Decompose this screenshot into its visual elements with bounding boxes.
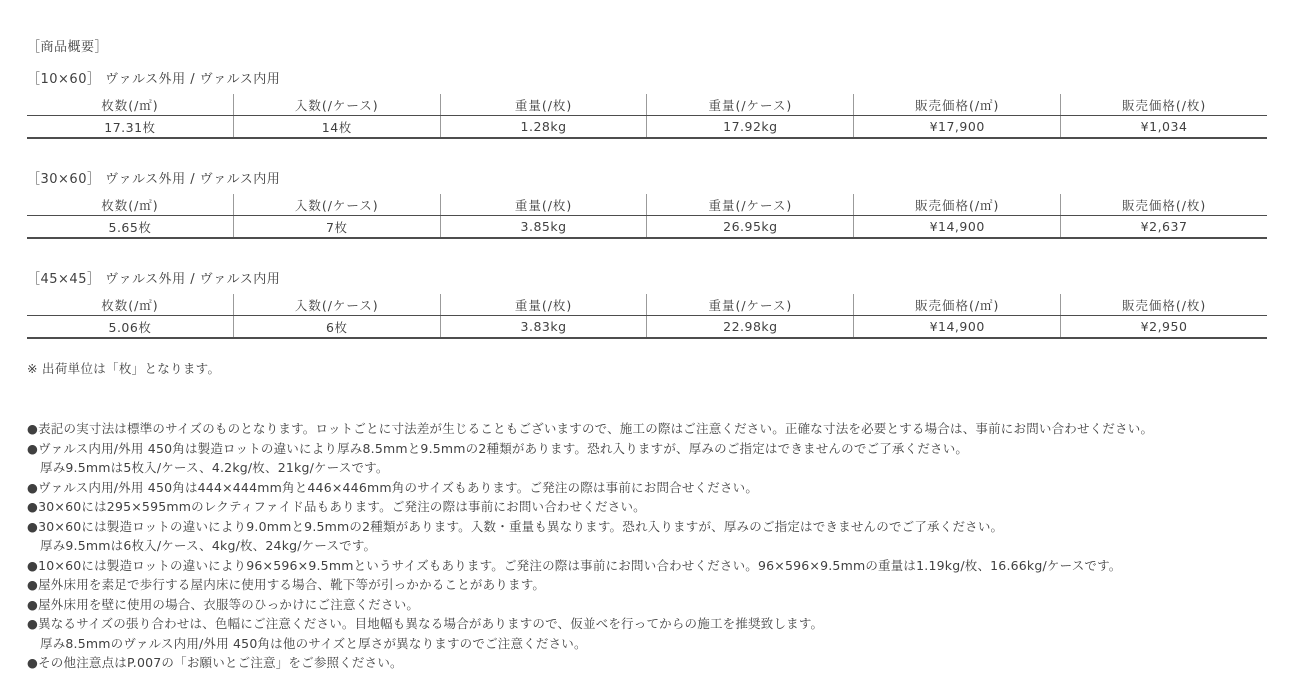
column-header-sheets-per-case: 入数(/ケース): [233, 194, 440, 216]
spec-table-10x60: 枚数(/㎡) 入数(/ケース) 重量(/枚) 重量(/ケース) 販売価格(/㎡)…: [27, 94, 1267, 139]
cell-price-per-sqm: ¥17,900: [854, 116, 1061, 139]
table-header-row: 枚数(/㎡) 入数(/ケース) 重量(/枚) 重量(/ケース) 販売価格(/㎡)…: [27, 294, 1267, 316]
note-line-30x60-rectified: ●30×60には295×595mmのレクティファイド品もあります。ご発注の際は事…: [27, 497, 1267, 517]
column-header-sheets-per-sqm: 枚数(/㎡): [27, 94, 233, 116]
column-header-price-per-sqm: 販売価格(/㎡): [854, 94, 1061, 116]
cell-price-per-sheet: ¥1,034: [1061, 116, 1267, 139]
product-section-45x45: ［45×45］ ヴァルス外用 / ヴァルス内用 枚数(/㎡) 入数(/ケース) …: [27, 268, 1267, 339]
note-line-450-sizes: ●ヴァルス内用/外用 450角は444×444mm角と446×446mm角のサイ…: [27, 478, 1267, 498]
note-line-mixed-sizes: ●異なるサイズの張り合わせは、色幅にご注意ください。目地幅も異なる場合があります…: [27, 614, 1267, 634]
note-line-other-cautions: ●その他注意点はP.007の「お願いとご注意」をご参照ください。: [27, 653, 1267, 673]
column-header-sheets-per-sqm: 枚数(/㎡): [27, 194, 233, 216]
table-row: 5.06枚 6枚 3.83kg 22.98kg ¥14,900 ¥2,950: [27, 316, 1267, 339]
note-line-10x60-size: ●10×60には製造ロットの違いにより96×596×9.5mmというサイズもあり…: [27, 556, 1267, 576]
note-line-outdoor-wall-clothing: ●屋外床用を壁に使用の場合、衣服等のひっかけにご注意ください。: [27, 595, 1267, 615]
cell-weight-per-sheet: 3.83kg: [440, 316, 647, 339]
column-header-price-per-sqm: 販売価格(/㎡): [854, 194, 1061, 216]
column-header-price-per-sheet: 販売価格(/枚): [1061, 194, 1267, 216]
note-line-30x60-thickness-detail: 厚み9.5mmは6枚入/ケース、4kg/枚、24kg/ケースです。: [27, 536, 1267, 556]
cell-sheets-per-sqm: 17.31枚: [27, 116, 233, 139]
note-line-30x60-thickness: ●30×60には製造ロットの違いにより9.0mmと9.5mmの2種類があります。…: [27, 517, 1267, 537]
column-header-sheets-per-case: 入数(/ケース): [233, 94, 440, 116]
spec-table-45x45: 枚数(/㎡) 入数(/ケース) 重量(/枚) 重量(/ケース) 販売価格(/㎡)…: [27, 294, 1267, 339]
column-header-sheets-per-case: 入数(/ケース): [233, 294, 440, 316]
section-heading-30x60: ［30×60］ ヴァルス外用 / ヴァルス内用: [27, 168, 1267, 187]
cell-weight-per-case: 26.95kg: [647, 216, 854, 239]
table-header-row: 枚数(/㎡) 入数(/ケース) 重量(/枚) 重量(/ケース) 販売価格(/㎡)…: [27, 94, 1267, 116]
cell-sheets-per-case: 7枚: [233, 216, 440, 239]
note-line-mixed-sizes-detail: 厚み8.5mmのヴァルス内用/外用 450角は他のサイズと厚さが異なりますのでご…: [27, 634, 1267, 654]
note-line-outdoor-floor-socks: ●屋外床用を素足で歩行する屋内床に使用する場合、靴下等が引っかかることがあります…: [27, 575, 1267, 595]
cell-weight-per-case: 17.92kg: [647, 116, 854, 139]
note-line-dimensions: ●表記の実寸法は標準のサイズのものとなります。ロットごとに寸法差が生じることもご…: [27, 419, 1267, 439]
cell-price-per-sheet: ¥2,637: [1061, 216, 1267, 239]
shipping-unit-note: ※ 出荷単位は「枚」となります。: [27, 359, 1267, 377]
cell-weight-per-sheet: 1.28kg: [440, 116, 647, 139]
column-header-weight-per-case: 重量(/ケース): [647, 94, 854, 116]
notes-list: ●表記の実寸法は標準のサイズのものとなります。ロットごとに寸法差が生じることもご…: [27, 419, 1267, 673]
cell-price-per-sqm: ¥14,900: [854, 216, 1061, 239]
cell-price-per-sqm: ¥14,900: [854, 316, 1061, 339]
page-title: ［商品概要］: [27, 36, 1267, 55]
table-header-row: 枚数(/㎡) 入数(/ケース) 重量(/枚) 重量(/ケース) 販売価格(/㎡)…: [27, 194, 1267, 216]
column-header-weight-per-sheet: 重量(/枚): [440, 294, 647, 316]
column-header-price-per-sqm: 販売価格(/㎡): [854, 294, 1061, 316]
column-header-sheets-per-sqm: 枚数(/㎡): [27, 294, 233, 316]
product-section-10x60: ［10×60］ ヴァルス外用 / ヴァルス内用 枚数(/㎡) 入数(/ケース) …: [27, 68, 1267, 139]
table-row: 5.65枚 7枚 3.85kg 26.95kg ¥14,900 ¥2,637: [27, 216, 1267, 239]
spec-table-30x60: 枚数(/㎡) 入数(/ケース) 重量(/枚) 重量(/ケース) 販売価格(/㎡)…: [27, 194, 1267, 239]
column-header-price-per-sheet: 販売価格(/枚): [1061, 94, 1267, 116]
product-summary-page: ［商品概要］ ［10×60］ ヴァルス外用 / ヴァルス内用 枚数(/㎡) 入数…: [0, 0, 1294, 687]
cell-sheets-per-case: 14枚: [233, 116, 440, 139]
note-line-450-thickness: ●ヴァルス内用/外用 450角は製造ロットの違いにより厚み8.5mmと9.5mm…: [27, 439, 1267, 459]
cell-sheets-per-sqm: 5.06枚: [27, 316, 233, 339]
column-header-weight-per-sheet: 重量(/枚): [440, 94, 647, 116]
cell-weight-per-case: 22.98kg: [647, 316, 854, 339]
cell-weight-per-sheet: 3.85kg: [440, 216, 647, 239]
note-line-450-thickness-detail: 厚み9.5mmは5枚入/ケース、4.2kg/枚、21kg/ケースです。: [27, 458, 1267, 478]
table-row: 17.31枚 14枚 1.28kg 17.92kg ¥17,900 ¥1,034: [27, 116, 1267, 139]
section-heading-10x60: ［10×60］ ヴァルス外用 / ヴァルス内用: [27, 68, 1267, 87]
column-header-weight-per-case: 重量(/ケース): [647, 294, 854, 316]
section-heading-45x45: ［45×45］ ヴァルス外用 / ヴァルス内用: [27, 268, 1267, 287]
column-header-weight-per-sheet: 重量(/枚): [440, 194, 647, 216]
column-header-price-per-sheet: 販売価格(/枚): [1061, 294, 1267, 316]
product-section-30x60: ［30×60］ ヴァルス外用 / ヴァルス内用 枚数(/㎡) 入数(/ケース) …: [27, 168, 1267, 239]
cell-sheets-per-sqm: 5.65枚: [27, 216, 233, 239]
cell-sheets-per-case: 6枚: [233, 316, 440, 339]
cell-price-per-sheet: ¥2,950: [1061, 316, 1267, 339]
column-header-weight-per-case: 重量(/ケース): [647, 194, 854, 216]
